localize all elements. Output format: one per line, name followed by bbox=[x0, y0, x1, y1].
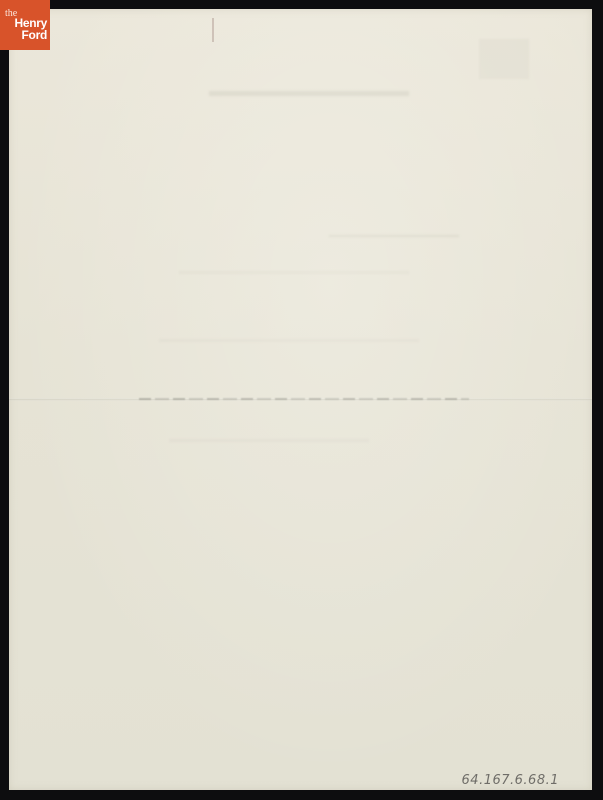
fold-show-through bbox=[139, 398, 469, 400]
show-through-line bbox=[329, 235, 459, 237]
document-page bbox=[9, 9, 592, 790]
show-through-text bbox=[179, 271, 409, 274]
show-through-text bbox=[159, 339, 419, 342]
ink-mark bbox=[212, 18, 214, 42]
show-through-heading bbox=[209, 91, 409, 96]
show-through-letterhead bbox=[479, 39, 529, 79]
show-through-text bbox=[169, 439, 369, 442]
henry-ford-logo: the Henry Ford bbox=[0, 0, 50, 50]
logo-text-ford: Ford bbox=[22, 30, 47, 41]
accession-number: 64.167.6.68.1 bbox=[462, 773, 559, 788]
